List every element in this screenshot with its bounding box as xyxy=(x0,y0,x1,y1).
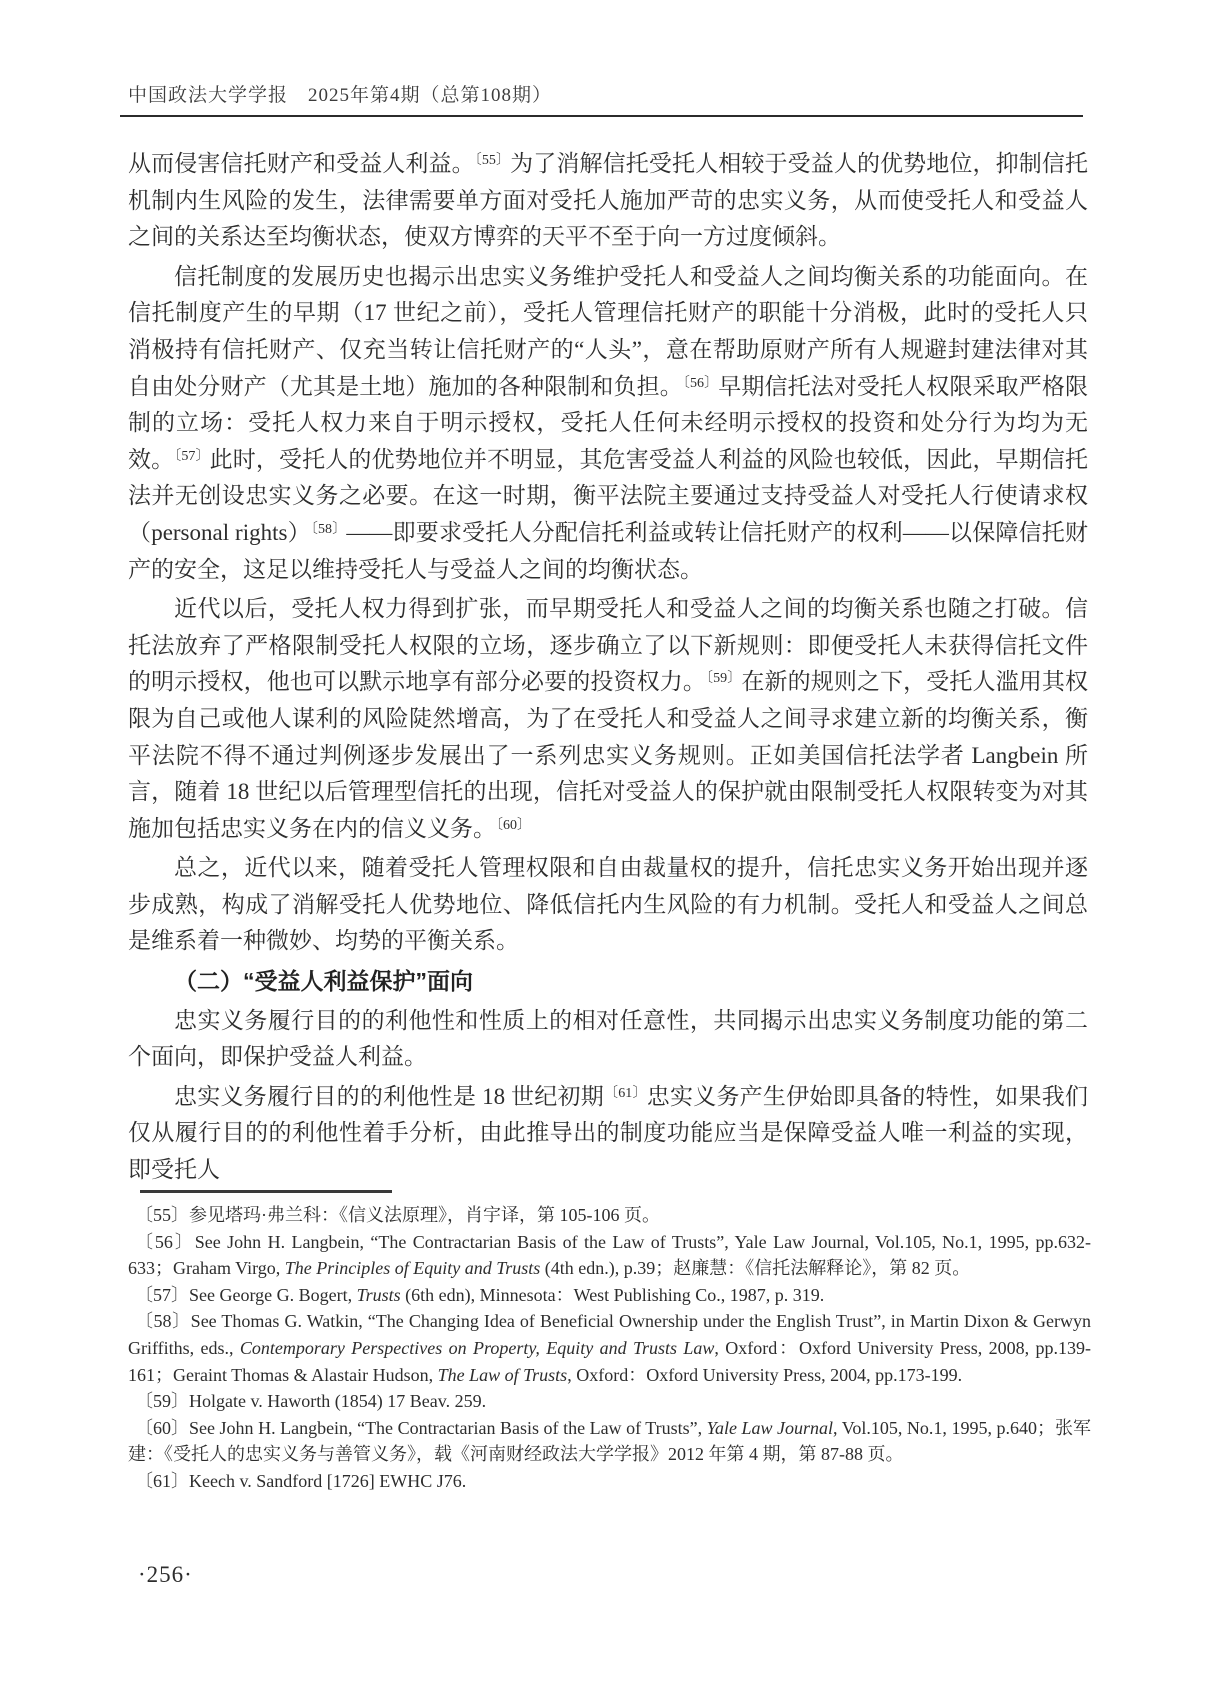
footnote-journal-title: Yale Law Journal xyxy=(707,1418,833,1438)
footnote-ref-58: 〔58〕 xyxy=(311,522,347,537)
footnote-ref-55: 〔55〕 xyxy=(475,153,510,168)
footnotes-column: 〔55〕参见塔玛·弗兰科：《信义法原理》，肖宇译，第 105-106 页。 〔5… xyxy=(128,1202,1091,1495)
footnote-book-title: The Principles of Equity and Trusts xyxy=(285,1258,541,1278)
footnote-text: 〔59〕Holgate v. Haworth (1854) 17 Beav. 2… xyxy=(135,1391,486,1411)
footnote-56: 〔56〕See John H. Langbein, “The Contracta… xyxy=(128,1229,1091,1282)
footnote-book-title: Trusts xyxy=(357,1285,401,1305)
footnote-text: 〔57〕See George G. Bogert, xyxy=(135,1285,357,1305)
footnote-book-title: The Law of Trusts xyxy=(438,1365,568,1385)
footnote-book-title: Contemporary Perspectives on Property, E… xyxy=(240,1338,714,1358)
body-text-column: 从而侵害信托财产和受益人利益。〔55〕为了消解信托受托人相较于受益人的优势地位，… xyxy=(128,146,1088,1192)
footnote-ref-56: 〔56〕 xyxy=(683,376,718,391)
paragraph-text: 在新的规则之下，受托人滥用其权限为自己或他人谋利的风险陡然增高，为了在受托人和受… xyxy=(128,669,1088,840)
footnote-57: 〔57〕See George G. Bogert, Trusts (6th ed… xyxy=(128,1282,1091,1309)
footnote-text: 〔61〕Keech v. Sandford [1726] EWHC J76. xyxy=(135,1471,466,1491)
footnote-text: (6th edn), Minnesota：West Publishing Co.… xyxy=(401,1285,825,1305)
paragraph-text: 忠实义务履行目的的利他性是 18 世纪初期 xyxy=(174,1084,604,1109)
body-paragraph: 信托制度的发展历史也揭示出忠实义务维护受托人和受益人之间均衡关系的功能面向。在信… xyxy=(128,259,1088,588)
paragraph-text: 忠实义务履行目的的利他性和性质上的相对任意性，共同揭示出忠实义务制度功能的第二个… xyxy=(128,1008,1088,1070)
footnote-separator xyxy=(140,1190,392,1193)
paragraph-text: 从而侵害信托财产和受益人利益。 xyxy=(128,151,475,176)
body-paragraph: 从而侵害信托财产和受益人利益。〔55〕为了消解信托受托人相较于受益人的优势地位，… xyxy=(128,146,1088,256)
footnote-text: 〔55〕参见塔玛·弗兰科：《信义法原理》，肖宇译，第 105-106 页。 xyxy=(135,1205,660,1225)
body-paragraph: 总之，近代以来，随着受托人管理权限和自由裁量权的提升，信托忠实义务开始出现并逐步… xyxy=(128,850,1088,960)
journal-page: 中国政法大学学报 2025年第4期（总第108期） 从而侵害信托财产和受益人利益… xyxy=(0,0,1217,1689)
footnote-ref-57: 〔57〕 xyxy=(174,449,209,464)
header-rule xyxy=(120,115,1083,117)
footnote-text: , Oxford：Oxford University Press, 2004, … xyxy=(567,1365,962,1385)
footnote-ref-60: 〔60〕 xyxy=(496,818,531,833)
footnote-58: 〔58〕See Thomas G. Watkin, “The Changing … xyxy=(128,1308,1091,1388)
footnote-ref-61: 〔61〕 xyxy=(604,1086,647,1101)
body-paragraph: 忠实义务履行目的的利他性和性质上的相对任意性，共同揭示出忠实义务制度功能的第二个… xyxy=(128,1003,1088,1076)
footnote-text: 〔60〕See John H. Langbein, “The Contracta… xyxy=(135,1418,707,1438)
section-heading: （二）“受益人利益保护”面向 xyxy=(128,963,1088,1000)
footnote-59: 〔59〕Holgate v. Haworth (1854) 17 Beav. 2… xyxy=(128,1388,1091,1415)
footnote-61: 〔61〕Keech v. Sandford [1726] EWHC J76. xyxy=(128,1468,1091,1495)
page-number: ·256· xyxy=(138,1562,193,1588)
footnote-55: 〔55〕参见塔玛·弗兰科：《信义法原理》，肖宇译，第 105-106 页。 xyxy=(128,1202,1091,1229)
journal-header: 中国政法大学学报 2025年第4期（总第108期） xyxy=(128,80,552,107)
footnote-60: 〔60〕See John H. Langbein, “The Contracta… xyxy=(128,1415,1091,1468)
body-paragraph: 近代以后，受托人权力得到扩张，而早期受托人和受益人之间的均衡关系也随之打破。信托… xyxy=(128,591,1088,847)
footnote-text: (4th edn.), p.39；赵廉慧：《信托法解释论》，第 82 页。 xyxy=(540,1258,970,1278)
section-heading-text: （二）“受益人利益保护”面向 xyxy=(174,968,473,994)
paragraph-text: 总之，近代以来，随着受托人管理权限和自由裁量权的提升，信托忠实义务开始出现并逐步… xyxy=(128,855,1088,953)
body-paragraph: 忠实义务履行目的的利他性是 18 世纪初期〔61〕忠实义务产生伊始即具备的特性，… xyxy=(128,1079,1088,1189)
footnote-ref-59: 〔59〕 xyxy=(706,671,741,686)
